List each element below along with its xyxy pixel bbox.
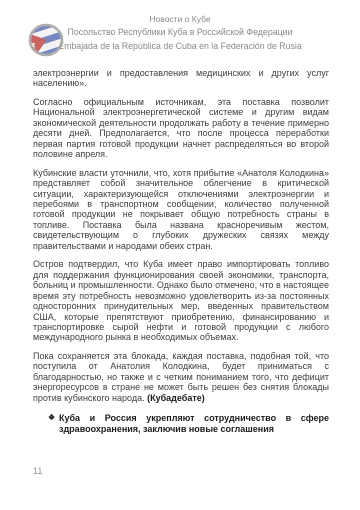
paragraph: Остров подтвердил, что Куба имеет право …: [33, 259, 329, 343]
diamond-bullet-icon: ❖: [48, 413, 59, 434]
paragraph: Согласно официальным источникам, эта пос…: [33, 97, 329, 160]
headline-text: Куба и Россия укрепляют сотрудничество в…: [59, 413, 329, 434]
paragraph-with-source: Пока сохраняется эта блокада, каждая пос…: [33, 351, 329, 403]
document-page: Новости о Кубе Посольство Республики Куб…: [0, 0, 360, 510]
page-header: Новости о Кубе Посольство Республики Куб…: [0, 0, 360, 53]
paragraph: Кубинские власти уточнили, что, хотя при…: [33, 168, 329, 252]
source-attribution: (Кубадебате): [147, 393, 205, 403]
article-body: электроэнергии и предоставления медицинс…: [33, 68, 329, 434]
next-article-headline: ❖ Куба и Россия укрепляют сотрудничество…: [48, 413, 329, 434]
page-number: 11: [33, 466, 42, 476]
cuba-flag-logo-icon: [27, 21, 65, 59]
paragraph-continuation: электроэнергии и предоставления медицинс…: [33, 68, 329, 89]
